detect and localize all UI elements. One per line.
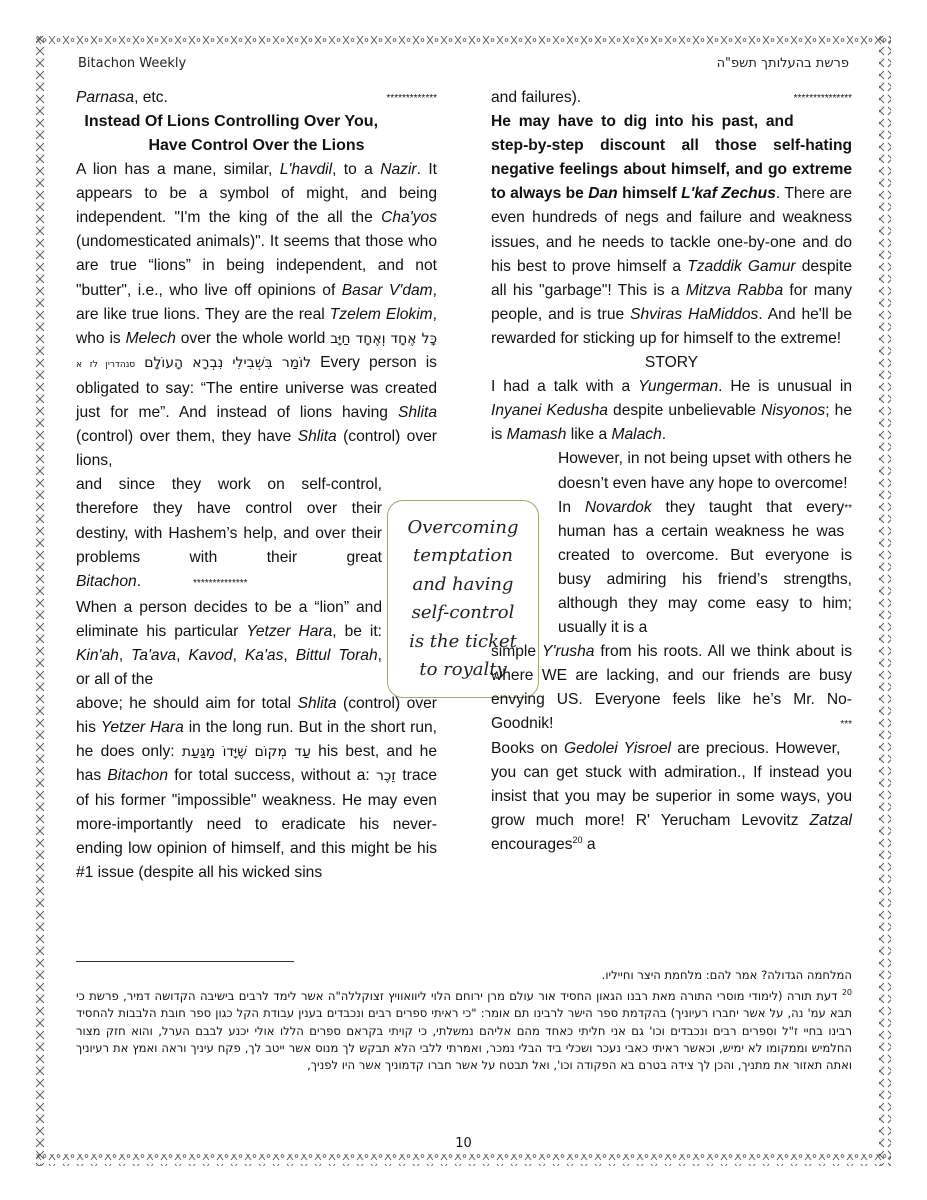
- running-head-publication: Bitachon Weekly: [78, 56, 186, 71]
- paragraph-dig-past: He may have to dig into his past, and st…: [491, 110, 852, 351]
- footnote-continuation: המלחמה הגדולה? אמר להם: מלחמת היצר וחייל…: [76, 967, 852, 984]
- left-column: Parnasa, etc.************* Instead Of Li…: [76, 86, 437, 885]
- section-separator-stars: **: [844, 497, 852, 521]
- intro-line: Parnasa, etc.*************: [76, 86, 437, 110]
- story-heading: STORY: [491, 351, 852, 375]
- paragraph-yrusha: simple Y'rusha from his roots. All we th…: [491, 640, 852, 736]
- intro-line: and failures).***************: [491, 86, 852, 110]
- article-heading: Instead Of Lions Controlling Over You, H…: [76, 110, 437, 158]
- wrapped-text-block: However, in not being upset with others …: [558, 447, 852, 640]
- section-separator-stars: ***: [840, 713, 852, 737]
- paragraph-lions: A lion has a mane, similar, L'havdil, to…: [76, 158, 437, 473]
- page-number: 10: [0, 1136, 927, 1151]
- section-separator-stars: ***************: [794, 87, 852, 111]
- paragraph-shlita: above; he should aim for total Shlita (c…: [76, 692, 437, 885]
- footnote-reference[interactable]: 20: [573, 835, 583, 845]
- paragraph-novardok: In Novardok they taught that every human…: [558, 496, 852, 641]
- hebrew-word: זֵכֶר: [376, 768, 396, 784]
- wrapped-text-block: and since they work on self-control, the…: [76, 473, 382, 692]
- section-separator-stars: *************: [386, 87, 437, 111]
- section-separator-stars: **************: [193, 578, 247, 589]
- paragraph-upset: However, in not being upset with others …: [558, 447, 852, 495]
- footnote-separator: [76, 961, 294, 962]
- hebrew-source-citation: סנהדרין לז א: [76, 360, 135, 370]
- paragraph-story: I had a talk with a Yungerman. He is unu…: [491, 375, 852, 447]
- paragraph-self-control: and since they work on self-control, the…: [76, 473, 382, 595]
- running-head-parsha: פרשת בהעלותך תשפ"ה: [717, 56, 849, 71]
- hebrew-quote: עַד מְקוֹם שֶׁיָּדוֹ מַגַּעַת: [182, 744, 311, 760]
- footnotes: המלחמה הגדולה? אמר להם: מלחמת היצר וחייל…: [76, 967, 852, 1075]
- paragraph-decide-lion: When a person decides to be a “lion” and…: [76, 596, 382, 692]
- footnote-20: 20 דעת תורה (לימודי מוסרי התורה מאת רבנו…: [76, 984, 852, 1074]
- paragraph-gedolei: Books on Gedolei Yisroel are precious. H…: [491, 737, 852, 857]
- footnote-number: 20: [842, 988, 852, 997]
- right-column: and failures).*************** He may hav…: [491, 86, 852, 857]
